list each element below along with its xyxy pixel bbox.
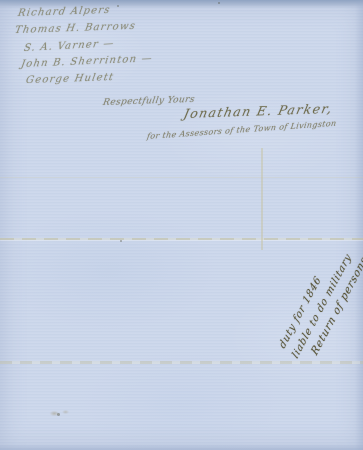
paper-speck <box>218 2 220 4</box>
fold-line-horizontal-upper <box>0 238 363 240</box>
fold-line-vertical <box>261 148 263 250</box>
signatory-name-1: Richard Alpers <box>17 5 111 19</box>
paper-speck <box>57 413 60 416</box>
signatory-name-5: George Hulett <box>25 72 115 86</box>
fold-line-horizontal-lower <box>0 361 363 364</box>
signatory-name-3: S. A. Varner — <box>23 38 115 54</box>
signature-attribution: for the Assessors of the Town of Livings… <box>146 119 337 141</box>
paper-stain <box>46 406 74 421</box>
closing-salutation: Respectfully Yours <box>102 95 196 108</box>
fold-line-horizontal-faint <box>0 177 363 178</box>
paper-speck <box>120 240 122 242</box>
signatory-name-4: John B. Sherrinton — <box>20 53 154 70</box>
signature: Jonathan E. Parker, <box>182 101 334 121</box>
paper-right-edge-shadow <box>355 0 363 450</box>
scanned-letter-page: Richard Alpers Thomas H. Barrows S. A. V… <box>0 0 363 450</box>
paper-bottom-edge-shadow <box>0 444 363 450</box>
paper-speck <box>117 5 119 7</box>
signatory-name-2: Thomas H. Barrows <box>14 21 137 36</box>
